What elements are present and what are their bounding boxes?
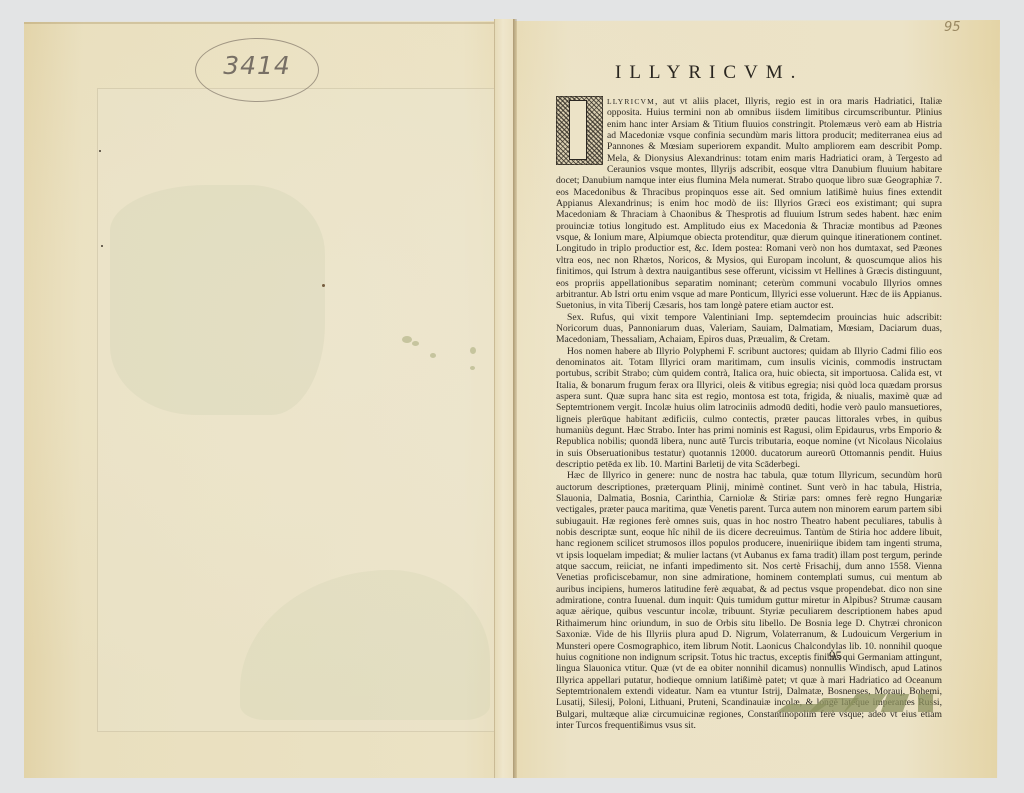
water-stain — [110, 185, 325, 415]
decorated-initial-icon: I — [556, 96, 603, 165]
green-tally-marks — [780, 692, 940, 714]
paper-edge-shadow — [24, 22, 496, 24]
page-number: 95 — [829, 648, 842, 664]
center-fold-guard — [494, 19, 515, 778]
page-title: ILLYRICVM. — [615, 62, 845, 84]
paragraph: Sex. Rufus, qui vixit tempore Valentinia… — [556, 312, 942, 346]
center-crease — [513, 19, 517, 778]
pencil-corner-mark: 95 — [944, 20, 961, 35]
body-text: ILLYRICVM, aut vt aliis placet, Illyris,… — [556, 96, 942, 731]
lead-smallcaps: LLYRICVM — [607, 97, 655, 106]
paragraph-text: , aut vt aliis placet, Illyris, regio es… — [556, 96, 942, 311]
paragraph: ILLYRICVM, aut vt aliis placet, Illyris,… — [556, 96, 942, 312]
pencil-inventory-number: 3414 — [195, 38, 319, 102]
inventory-number-text: 3414 — [196, 51, 318, 80]
paragraph: Hos nomen habere ab Illyrio Polyphemi F.… — [556, 346, 942, 471]
